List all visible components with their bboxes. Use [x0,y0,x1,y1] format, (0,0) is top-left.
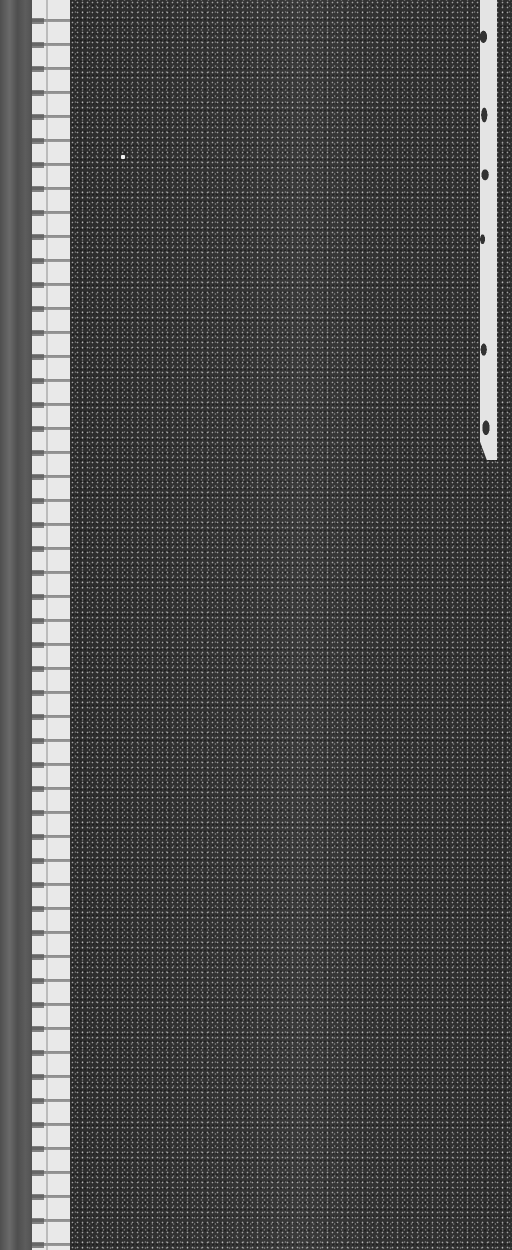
road-shoulder [0,0,32,1250]
asphalt-lane [70,0,512,1250]
debris-speck [121,155,125,159]
edge-line-ticks [32,0,44,1250]
worn-lane-marking [480,0,497,460]
edge-line-divider [46,0,48,1250]
road-photo: Overhead photograph of an asphalt road s… [0,0,512,1250]
solid-edge-line [32,0,70,1250]
marking-wear [480,0,497,460]
